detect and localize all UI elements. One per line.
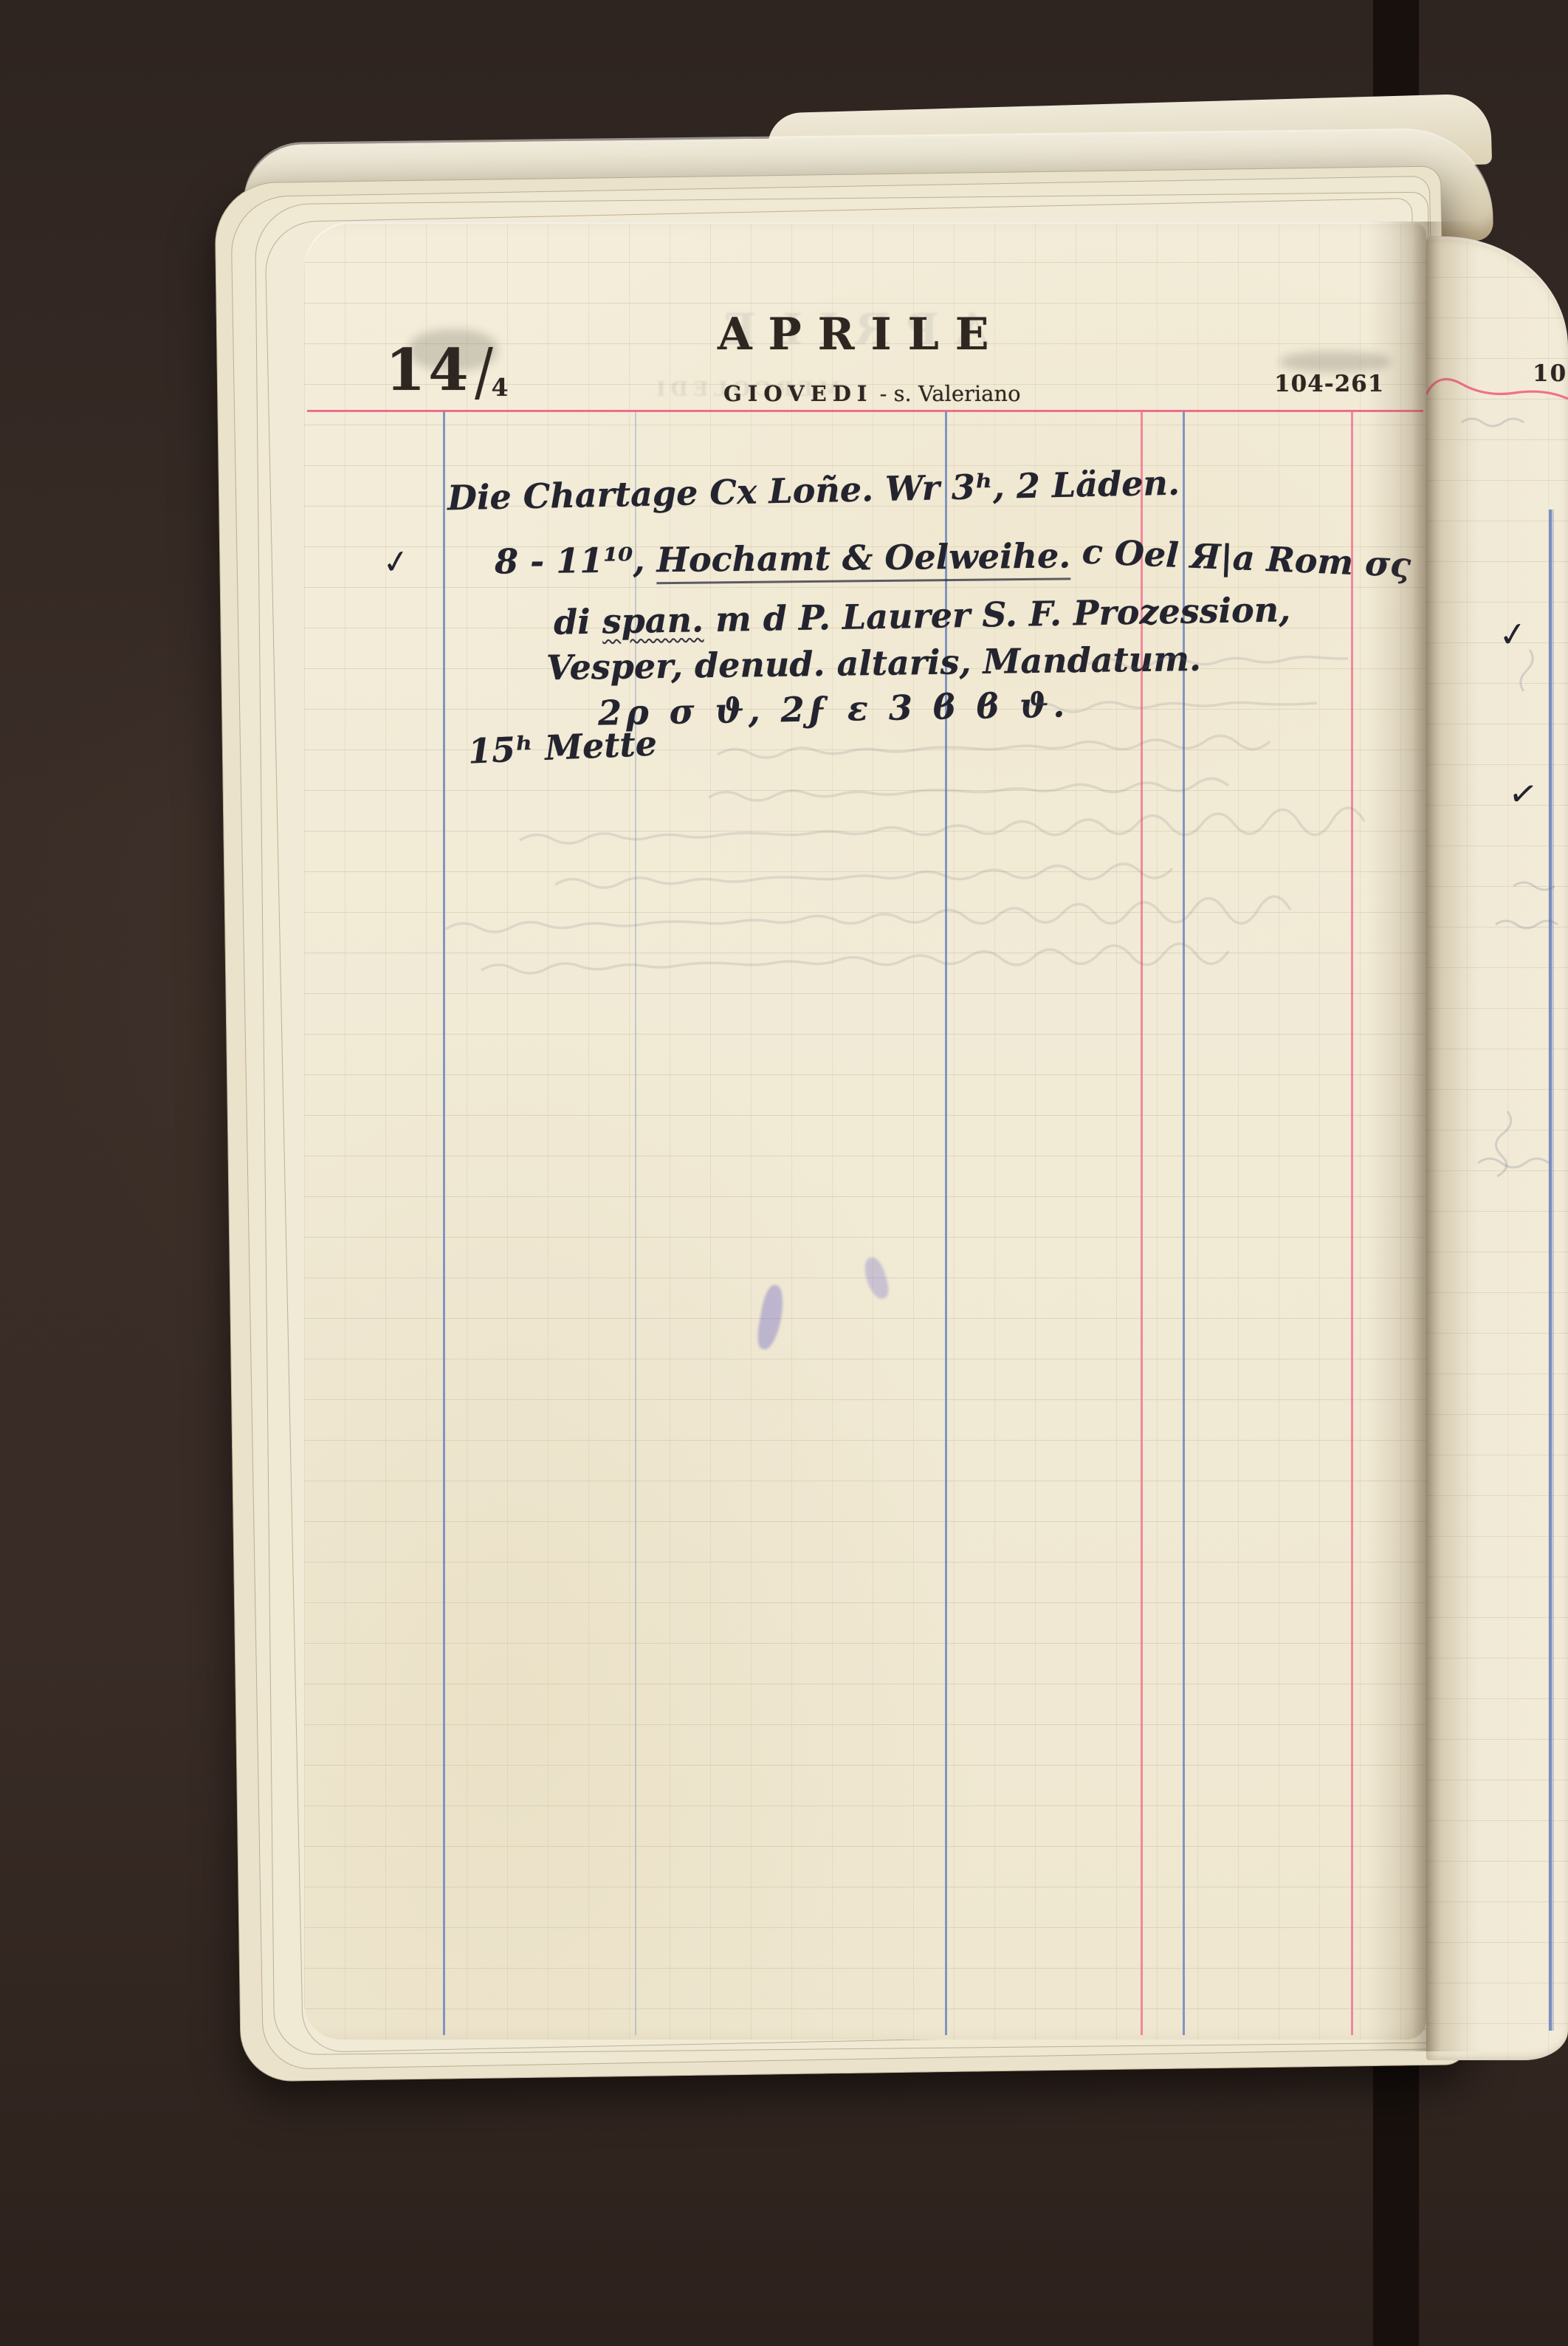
ink-smudge bbox=[755, 1283, 787, 1351]
vertical-blue-rule bbox=[443, 411, 445, 2035]
diary-scan: 105 ✓ ✓ APRILE MERCOLEDI bbox=[0, 0, 1568, 2346]
day-number: 14 bbox=[385, 345, 472, 397]
month-number: 4 bbox=[492, 377, 509, 399]
ink-smudge bbox=[862, 1255, 892, 1302]
date-slash: / bbox=[475, 344, 493, 401]
entry-line-3-rest: m d P. Laurer S. F. Prozession, bbox=[715, 589, 1291, 639]
entry-line-3-prefix: di bbox=[554, 602, 591, 642]
vertical-pink-rule bbox=[1351, 411, 1353, 2035]
ghost-smudge bbox=[1280, 351, 1391, 372]
entry-line-6: 15ʰ Mette bbox=[467, 724, 658, 771]
date-block: 14 / 4 bbox=[385, 344, 512, 397]
weekday-name: GIOVEDI bbox=[723, 381, 873, 406]
right-page-blue-rule bbox=[1549, 510, 1552, 2031]
right-page-checkmark-top: ✓ bbox=[1496, 613, 1529, 656]
entry-line-3-underlined: span. bbox=[602, 600, 704, 641]
page-number: 104-261 bbox=[1274, 371, 1384, 397]
entry-line-3: di span. m d P. Laurer S. F. Prozession, bbox=[554, 590, 1291, 642]
entry-checkmark: ✓ bbox=[380, 542, 413, 583]
left-page: APRILE MERCOLEDI 14 / 4 APRILE GIOVEDI -… bbox=[304, 222, 1426, 2040]
month-title: APRILE bbox=[718, 309, 1005, 360]
right-page-number: 105 bbox=[1533, 360, 1568, 387]
entry-line-5-symbols: 2ρ σ ϑ, 2ϝ ε 3 ϐ ϐ ϑ. bbox=[598, 685, 1070, 733]
header-pink-rule bbox=[307, 410, 1423, 412]
weekday-row: GIOVEDI - s. Valeriano bbox=[723, 381, 1021, 406]
saint-name: s. Valeriano bbox=[894, 381, 1021, 406]
entry-line-2-time: 8 - 11¹⁰, bbox=[495, 540, 645, 581]
entry-line-1: Die Chartage Cx Loñe. Wr 3ʰ, 2 Läden. bbox=[447, 464, 1180, 518]
entry-line-2-rest: c Oel Я|a Rom σς bbox=[1082, 532, 1411, 585]
right-page-checkmark-bottom: ✓ bbox=[1506, 772, 1541, 815]
weekday-separator: - bbox=[880, 381, 887, 406]
entry-line-4: Vesper, denud. altaris, Mandatum. bbox=[546, 639, 1202, 687]
right-page-ghost-writing bbox=[1426, 236, 1568, 2060]
right-page: 105 ✓ ✓ bbox=[1426, 236, 1568, 2060]
entry-line-2-underlined: Hochamt & Oelweihe. bbox=[656, 535, 1070, 584]
entry-line-2: 8 - 11¹⁰, Hochamt & Oelweihe. c Oel Я|a … bbox=[495, 532, 1411, 581]
